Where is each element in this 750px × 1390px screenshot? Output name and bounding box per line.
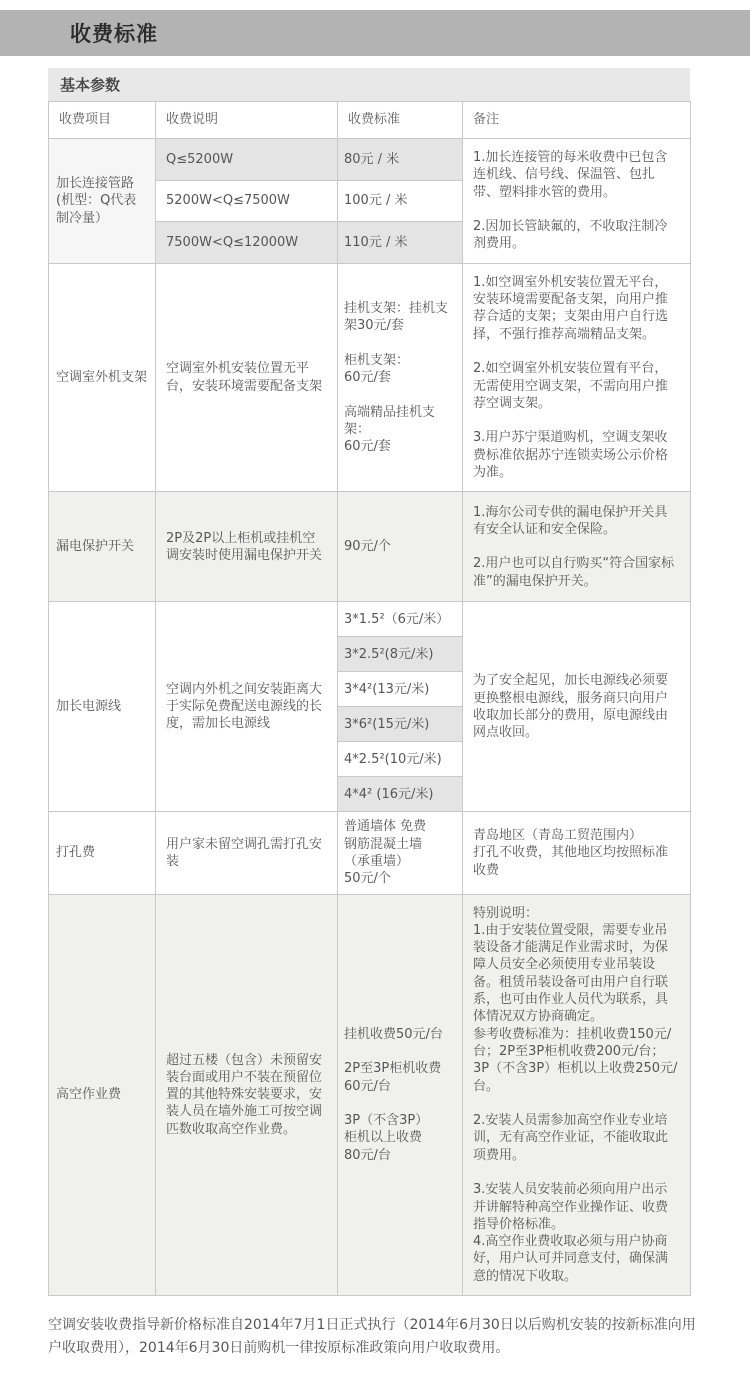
- powercord-spec-6: 4*4² (16元/米): [338, 777, 463, 812]
- section-title: 基本参数: [49, 74, 120, 95]
- pipe-price-1: 80元 / 米: [338, 139, 463, 181]
- drilling-desc: 用户家未留空调孔需打孔安装: [156, 812, 338, 894]
- fee-item-pipe: 加长连接管路 (机型：Q代表 制冷量）: [49, 139, 156, 264]
- powercord-desc: 空调内外机之间安装距离大于实际免费配送电源线的长度，需加长电源线: [156, 602, 338, 812]
- breaker-notes: 1.海尔公司专供的漏电保护开关具有安全认证和安全保险。 2.用户也可以自行购买“…: [463, 492, 691, 602]
- breaker-desc: 2P及2P以上柜机或挂机空调安装时使用漏电保护开关: [156, 492, 338, 602]
- table-row: 漏电保护开关 2P及2P以上柜机或挂机空调安装时使用漏电保护开关 90元/个 1…: [49, 492, 691, 602]
- powercord-spec-4: 3*6²(15元/米): [338, 707, 463, 742]
- highwork-standard: 挂机收费50元/台 2P至3P柜机收费 60元/台 3P（不含3P） 柜机以上收…: [338, 894, 463, 1296]
- breaker-standard: 90元/个: [338, 492, 463, 602]
- pipe-spec-1: Q≤5200W: [156, 139, 338, 181]
- pipe-spec-3: 7500W<Q≤12000W: [156, 222, 338, 264]
- table-header-row: 收费项目 收费说明 收费标准 备注: [49, 102, 691, 139]
- bracket-standard: 挂机支架：挂机支架30元/套 柜机支架： 60元/套 高端精品挂机支架： 60元…: [338, 263, 463, 492]
- table-row: 加长连接管路 (机型：Q代表 制冷量） Q≤5200W 80元 / 米 1.加长…: [49, 139, 691, 181]
- fee-item-highwork: 高空作业费: [49, 894, 156, 1296]
- col-header-desc: 收费说明: [156, 102, 338, 139]
- powercord-spec-3: 3*4²(13元/米): [338, 672, 463, 707]
- highwork-notes: 特别说明： 1.由于安装位置受限，需要专业吊装设备才能满足作业需求时，为保障人员…: [463, 894, 691, 1296]
- table-row: 打孔费 用户家未留空调孔需打孔安装 普通墙体 免费 钢筋混凝土墙 （承重墙） 5…: [49, 812, 691, 894]
- table-row: 加长电源线 空调内外机之间安装距离大于实际免费配送电源线的长度，需加长电源线 3…: [49, 602, 691, 637]
- drilling-standard: 普通墙体 免费 钢筋混凝土墙 （承重墙） 50元/个: [338, 812, 463, 894]
- table-row: 空调室外机支架 空调室外机安装位置无平台，安装环境需要配备支架 挂机支架：挂机支…: [49, 263, 691, 492]
- col-header-standard: 收费标准: [338, 102, 463, 139]
- fee-item-bracket: 空调室外机支架: [49, 263, 156, 492]
- powercord-spec-2: 3*2.5²(8元/米): [338, 637, 463, 672]
- fee-item-drilling: 打孔费: [49, 812, 156, 894]
- col-header-item: 收费项目: [49, 102, 156, 139]
- pipe-price-2: 100元 / 米: [338, 180, 463, 222]
- pipe-notes: 1.加长连接管的每米收费中已包含连机线、信号线、保温管、包扎带、塑料排水管的费用…: [463, 139, 691, 264]
- title-band: 收费标准: [0, 10, 750, 56]
- fee-table: 收费项目 收费说明 收费标准 备注 加长连接管路 (机型：Q代表 制冷量） Q≤…: [48, 101, 691, 1296]
- page-title: 收费标准: [0, 18, 158, 48]
- section-header: 基本参数: [48, 68, 690, 101]
- bracket-desc: 空调室外机安装位置无平台，安装环境需要配备支架: [156, 263, 338, 492]
- footer-note: 空调安装收费指导新价格标准自2014年7月1日正式执行（2014年6月30日以后…: [48, 1314, 696, 1360]
- pipe-spec-2: 5200W<Q≤7500W: [156, 180, 338, 222]
- fee-item-breaker: 漏电保护开关: [49, 492, 156, 602]
- table-row: 高空作业费 超过五楼（包含）未预留安装台面或用户不装在预留位置的其他特殊安装要求…: [49, 894, 691, 1296]
- pipe-price-3: 110元 / 米: [338, 222, 463, 264]
- col-header-remark: 备注: [463, 102, 691, 139]
- powercord-spec-1: 3*1.5²（6元/米）: [338, 602, 463, 637]
- fee-item-powercord: 加长电源线: [49, 602, 156, 812]
- powercord-spec-5: 4*2.5²(10元/米): [338, 742, 463, 777]
- drilling-notes: 青岛地区（青岛工贸范围内） 打孔不收费，其他地区均按照标准收费: [463, 812, 691, 894]
- powercord-notes: 为了安全起见，加长电源线必须要更换整根电源线，服务商只向用户收取加长部分的费用，…: [463, 602, 691, 812]
- highwork-desc: 超过五楼（包含）未预留安装台面或用户不装在预留位置的其他特殊安装要求，安装人员在…: [156, 894, 338, 1296]
- fee-standard-section: 基本参数 收费项目 收费说明 收费标准 备注 加长连接管路 (机型：Q代表 制冷…: [48, 68, 690, 1296]
- bracket-notes: 1.如空调室外机安装位置无平台，安装环境需要配备支架，向用户推荐合适的支架；支架…: [463, 263, 691, 492]
